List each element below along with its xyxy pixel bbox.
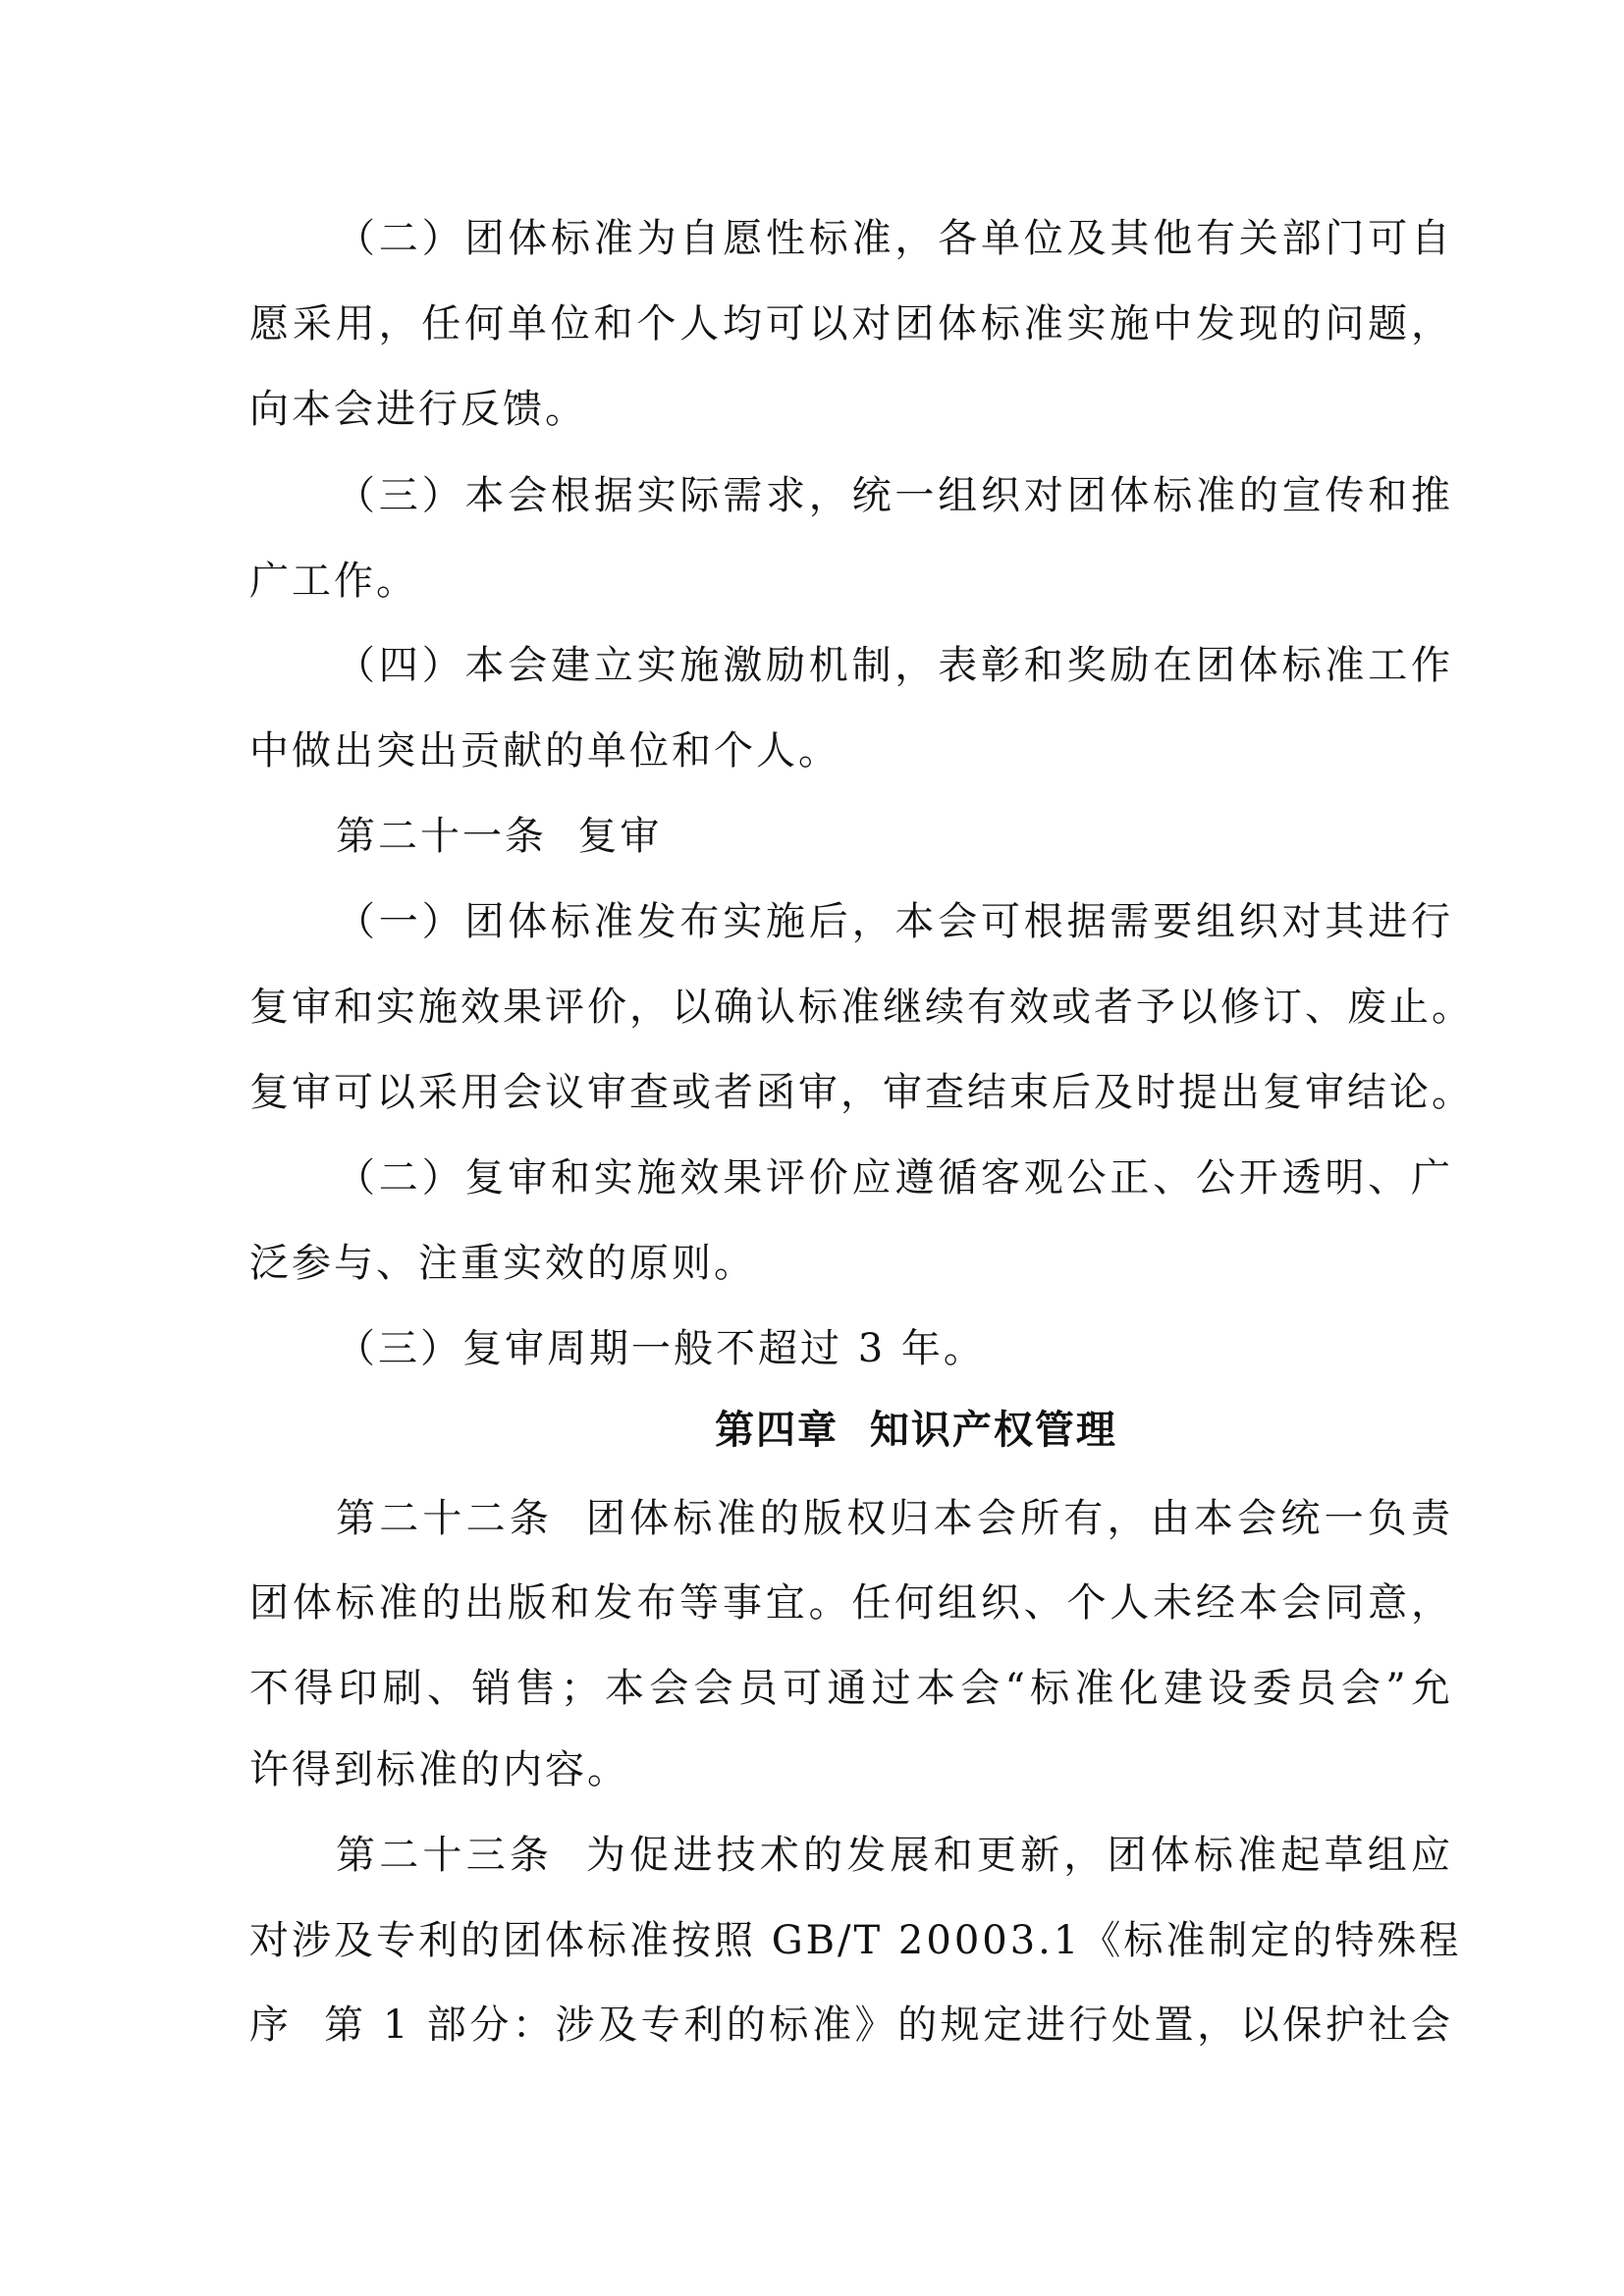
paragraph-line: 序 第 1 部分：涉及专利的标准》的规定进行处置，以保护社会 [249, 1996, 1453, 2055]
paragraph-line: 愿采用，任何单位和个人均可以对团体标准实施中发现的问题， [249, 294, 1453, 353]
paragraph-line: （三）复审周期一般不超过 3 年。 [336, 1319, 1453, 1378]
chapter-heading: 第四章 知识产权管理 [0, 1401, 1624, 1460]
paragraph-line: 中做出突出贡献的单位和个人。 [249, 721, 1453, 780]
paragraph-line: 泛参与、注重实效的原则。 [249, 1234, 1453, 1293]
paragraph-line: 不得印刷、销售；本会会员可通过本会“标准化建设委员会”允 [249, 1659, 1453, 1718]
paragraph-line: （二）团体标准为自愿性标准，各单位及其他有关部门可自 [336, 209, 1453, 268]
paragraph-line: （四）本会建立实施激励机制，表彰和奖励在团体标准工作 [336, 636, 1453, 695]
paragraph-line: 复审可以采用会议审查或者函审，审查结束后及时提出复审结论。 [249, 1063, 1453, 1122]
paragraph-line: 广工作。 [249, 552, 1453, 611]
paragraph-line: （二）复审和实施效果评价应遵循客观公正、公开透明、广 [336, 1148, 1453, 1207]
paragraph-line: （三）本会根据实际需求，统一组织对团体标准的宣传和推 [336, 466, 1453, 525]
paragraph-line: 向本会进行反馈。 [249, 380, 1453, 439]
document-page: （二）团体标准为自愿性标准，各单位及其他有关部门可自 愿采用，任何单位和个人均可… [0, 0, 1624, 2296]
paragraph-line: （一）团体标准发布实施后，本会可根据需要组织对其进行 [336, 892, 1453, 951]
paragraph-line: 许得到标准的内容。 [249, 1740, 1453, 1799]
paragraph-line: 团体标准的出版和发布等事宜。任何组织、个人未经本会同意， [249, 1574, 1453, 1632]
paragraph-line: 对涉及专利的团体标准按照 GB/T 20003.1《标准制定的特殊程 [249, 1911, 1453, 1970]
paragraph-line: 第二十三条 为促进技术的发展和更新，团体标准起草组应 [336, 1826, 1453, 1885]
paragraph-line: 第二十二条 团体标准的版权归本会所有，由本会统一负责 [336, 1489, 1453, 1548]
paragraph-line: 复审和实施效果评价，以确认标准继续有效或者予以修订、废止。 [249, 978, 1453, 1037]
article-title: 第二十一条 复审 [336, 807, 1540, 866]
